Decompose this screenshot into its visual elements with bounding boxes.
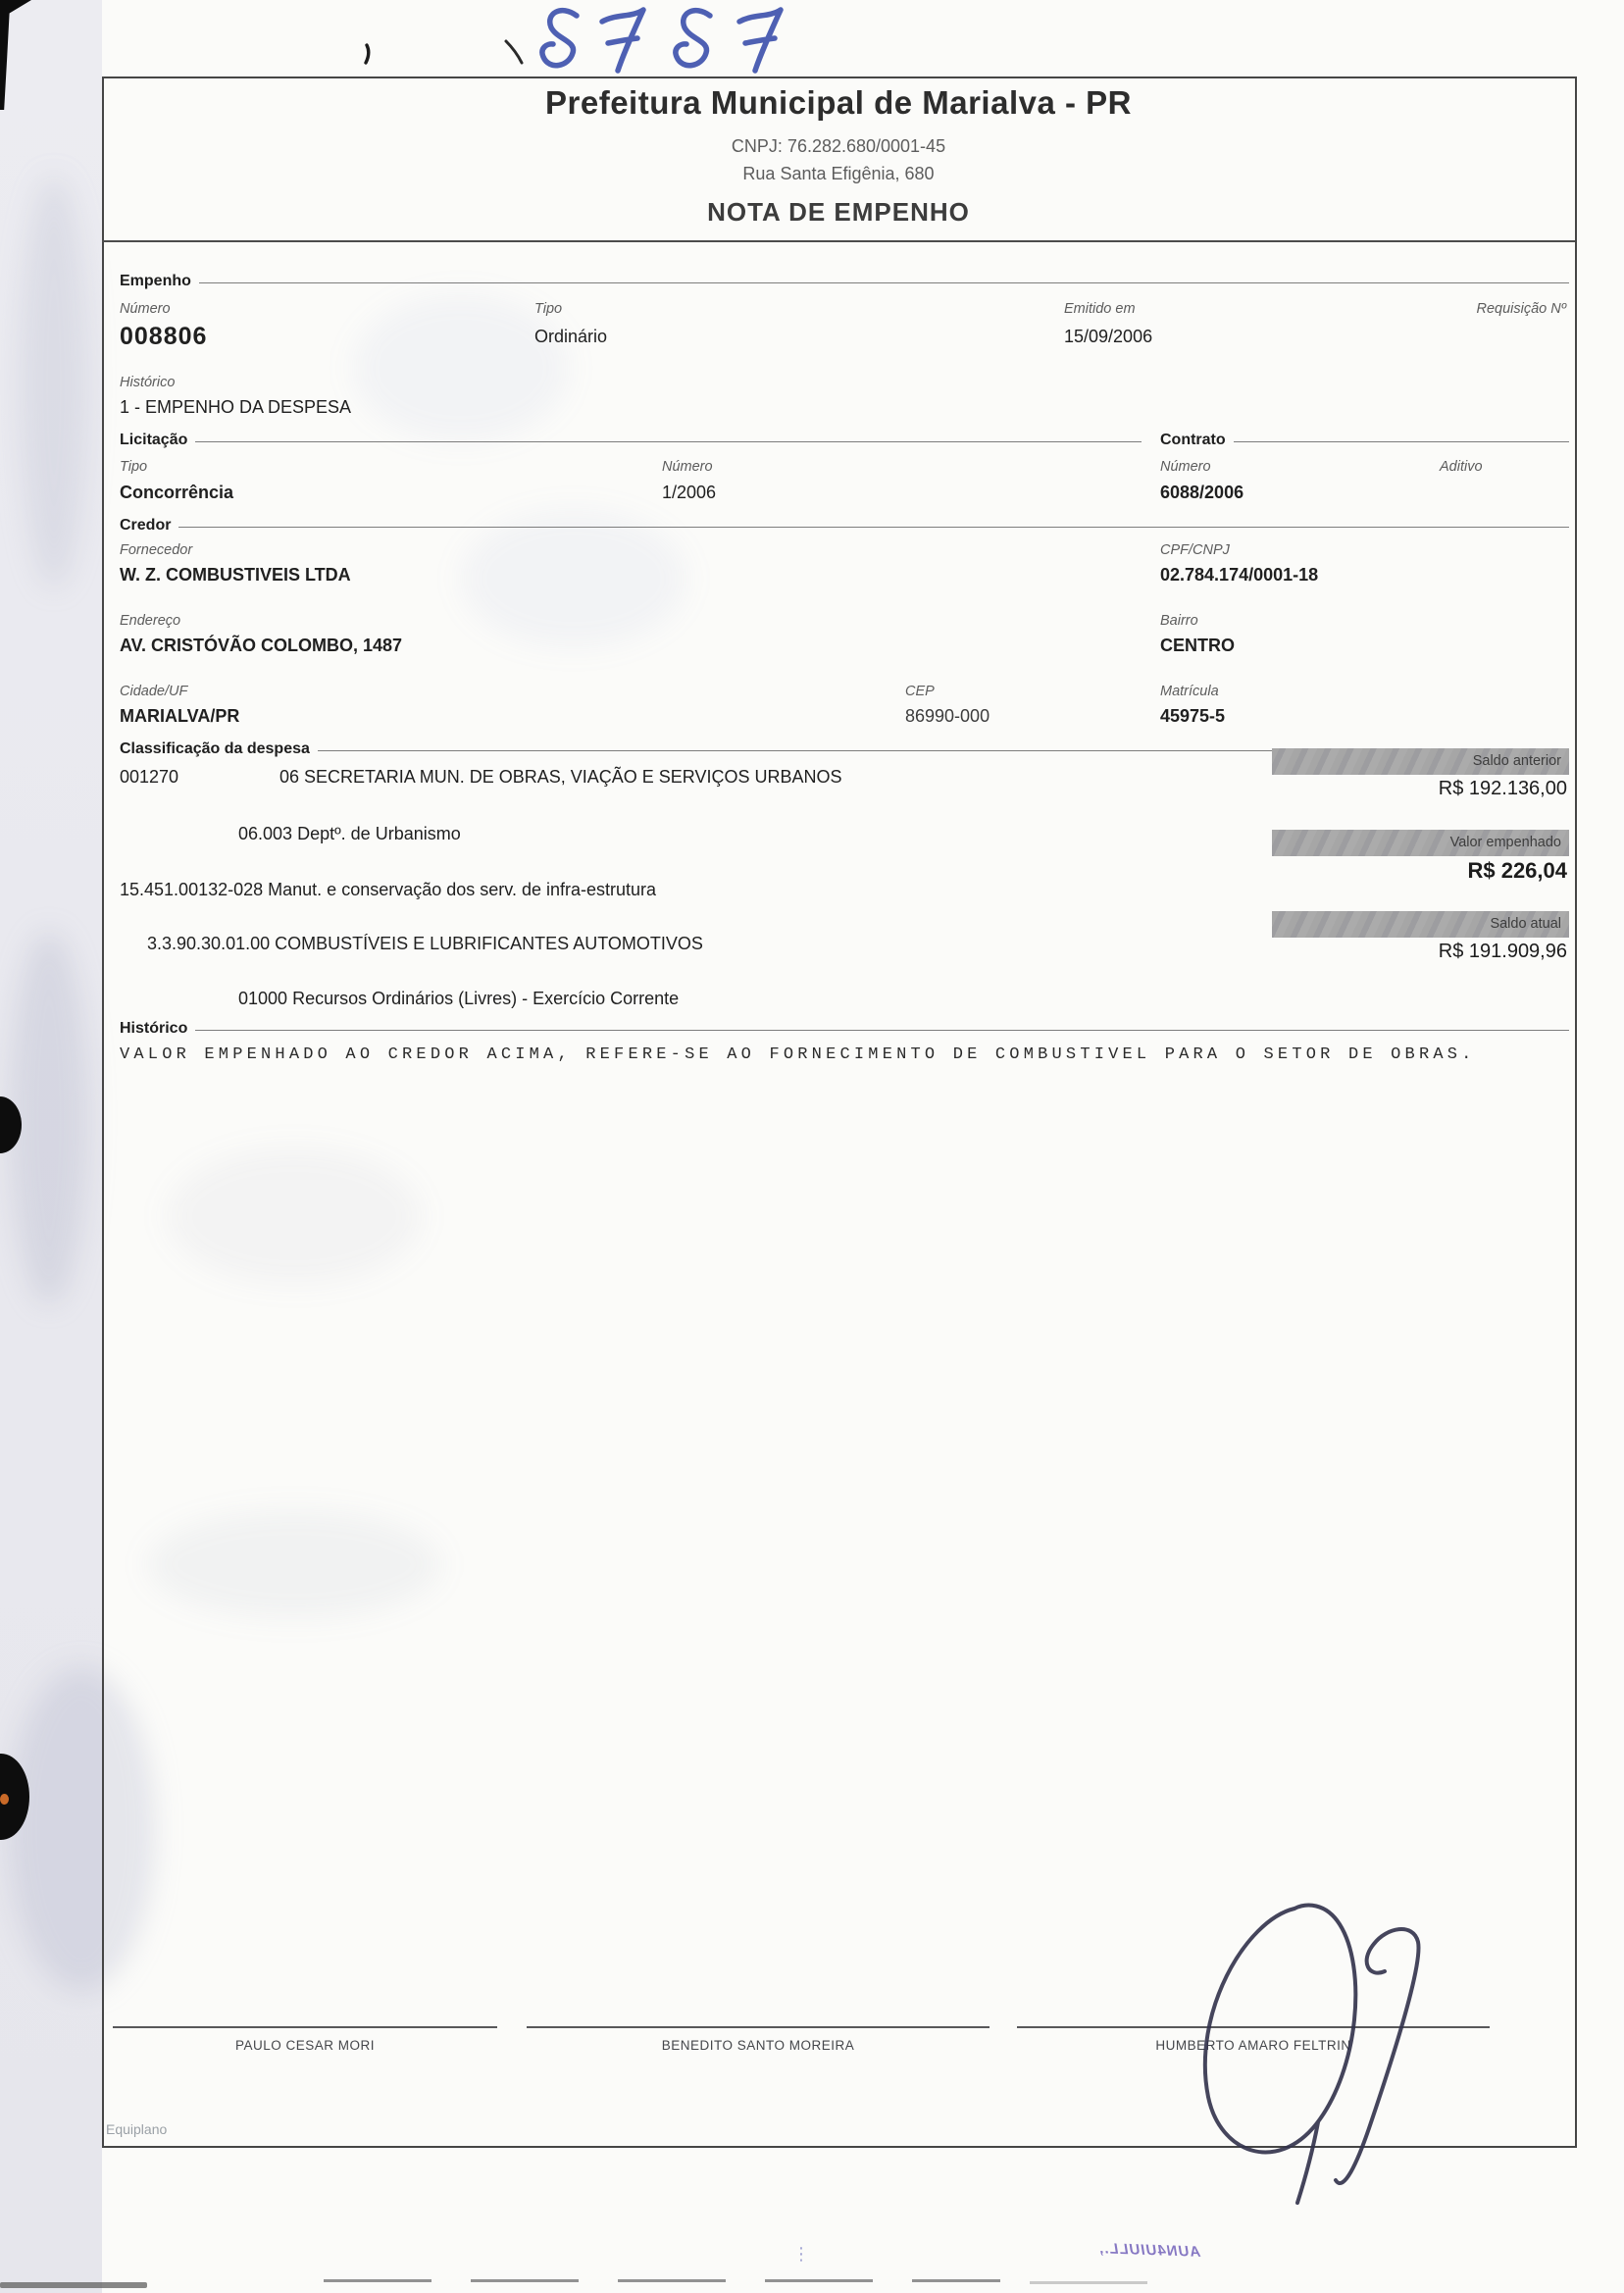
classificacao-code: 3.3.90.30.01.00 — [147, 934, 270, 953]
credor-endereco-label: Endereço — [120, 613, 180, 629]
licitacao-numero-label: Número — [662, 459, 713, 475]
saldo-anterior-value: R$ 192.136,00 — [1272, 778, 1569, 800]
empenho-numero-label: Número — [120, 301, 171, 317]
section-historico: Histórico — [120, 1020, 1569, 1038]
licitacao-tipo-value: Concorrência — [120, 483, 233, 503]
contrato-numero-label: Número — [1160, 459, 1211, 475]
credor-cidade-label: Cidade/UF — [120, 684, 187, 699]
classificacao-line: 01000 Recursos Ordinários (Livres) - Exe… — [238, 989, 679, 1009]
classificacao-desc: 06 SECRETARIA MUN. DE OBRAS, VIAÇÃO E SE… — [279, 767, 841, 788]
credor-matricula-label: Matrícula — [1160, 684, 1219, 699]
empenho-emitido-value: 15/09/2006 — [1064, 327, 1152, 347]
classificacao-desc: Deptº. de Urbanismo — [297, 824, 461, 843]
classificacao-desc: COMBUSTÍVEIS E LUBRIFICANTES AUTOMOTIVOS — [275, 934, 703, 953]
handwritten-page-number — [537, 2, 822, 76]
classificacao-line: 3.3.90.30.01.00 COMBUSTÍVEIS E LUBRIFICA… — [147, 934, 703, 954]
credor-matricula-value: 45975-5 — [1160, 706, 1225, 727]
empenho-numero-value: 008806 — [120, 323, 207, 351]
signature-line — [113, 2026, 497, 2028]
section-licitacao: Licitação — [120, 432, 1142, 449]
credor-bairro-label: Bairro — [1160, 613, 1198, 629]
classificacao-code: 01000 — [238, 989, 287, 1008]
empenho-tipo-label: Tipo — [534, 301, 562, 317]
document-frame — [102, 76, 1577, 2148]
section-credor-label: Credor — [120, 517, 171, 535]
section-classificacao-label: Classificação da despesa — [120, 740, 310, 758]
classificacao-line: 06.003 Deptº. de Urbanismo — [238, 824, 461, 844]
credor-fornecedor-label: Fornecedor — [120, 542, 192, 558]
signature-scribble — [1138, 1881, 1471, 2205]
scan-edge-artifact — [324, 2279, 1000, 2282]
classificacao-code: 001270 — [120, 767, 178, 787]
credor-endereco-value: AV. CRISTÓVÃO COLOMBO, 1487 — [120, 636, 402, 656]
section-credor: Credor — [120, 517, 1569, 535]
signature-name: PAULO CESAR MORI — [113, 2038, 497, 2053]
empenho-historico-value: 1 - EMPENHO DA DESPESA — [120, 397, 351, 418]
empenho-requisicao-label: Requisição Nº — [1476, 301, 1566, 317]
section-empenho: Empenho — [120, 273, 1569, 290]
ink-dots-mark: ⋮ — [792, 2244, 810, 2265]
contrato-aditivo-label: Aditivo — [1440, 459, 1483, 475]
signature-line — [527, 2026, 990, 2028]
header-address: Rua Santa Efigênia, 680 — [102, 164, 1575, 184]
header-divider — [102, 240, 1575, 242]
valor-empenhado-value: R$ 226,04 — [1272, 858, 1569, 884]
document-type-title: NOTA DE EMPENHO — [102, 197, 1575, 228]
licitacao-tipo-label: Tipo — [120, 459, 147, 475]
section-rule — [195, 441, 1142, 442]
classificacao-desc: Manut. e conservação dos serv. de infra-… — [268, 880, 656, 899]
classificacao-line: 15.451.00132-028 Manut. e conservação do… — [120, 880, 656, 900]
saldo-anterior-bar: Saldo anterior — [1272, 748, 1569, 775]
classificacao-desc: Recursos Ordinários (Livres) - Exercício… — [292, 989, 679, 1008]
section-rule — [199, 282, 1569, 283]
historico-body-text: VALOR EMPENHADO AO CREDOR ACIMA, REFERE-… — [120, 1045, 1476, 1064]
section-contrato: Contrato — [1160, 432, 1569, 449]
header-cnpj: CNPJ: 76.282.680/0001-45 — [102, 136, 1575, 157]
section-licitacao-label: Licitação — [120, 432, 187, 449]
empenho-historico-label: Histórico — [120, 375, 175, 390]
signature-name: BENEDITO SANTO MOREIRA — [527, 2038, 990, 2053]
scan-edge-artifact — [0, 2282, 147, 2288]
section-contrato-label: Contrato — [1160, 432, 1226, 449]
footer-vendor-label: Equiplano — [106, 2121, 167, 2137]
classificacao-code: 06.003 — [238, 824, 292, 843]
scan-edge-artifact — [1030, 2281, 1147, 2284]
classificacao-line: 001270 06 SECRETARIA MUN. DE OBRAS, VIAÇ… — [120, 767, 178, 788]
credor-cpfcnpj-value: 02.784.174/0001-18 — [1160, 565, 1318, 586]
section-rule — [178, 527, 1569, 528]
licitacao-numero-value: 1/2006 — [662, 483, 716, 503]
saldo-atual-bar: Saldo atual — [1272, 911, 1569, 938]
credor-cidade-value: MARIALVA/PR — [120, 706, 239, 727]
hole-punch-glint — [0, 1794, 9, 1805]
credor-cep-value: 86990-000 — [905, 706, 990, 727]
section-rule — [195, 1030, 1569, 1031]
scan-left-margin — [0, 0, 102, 2293]
section-rule — [1234, 441, 1569, 442]
scanned-document-page: Prefeitura Municipal de Marialva - PR CN… — [0, 0, 1624, 2293]
credor-bairro-value: CENTRO — [1160, 636, 1235, 656]
pen-tick-mark — [502, 37, 532, 67]
empenho-emitido-label: Emitido em — [1064, 301, 1136, 317]
saldo-atual-value: R$ 191.909,96 — [1272, 941, 1569, 963]
ink-bleed-mark: AUN4UIULL., — [1098, 2240, 1201, 2261]
contrato-numero-value: 6088/2006 — [1160, 483, 1243, 503]
pen-tick-mark — [361, 43, 386, 69]
section-empenho-label: Empenho — [120, 273, 191, 290]
section-historico-label: Histórico — [120, 1020, 187, 1038]
credor-cep-label: CEP — [905, 684, 935, 699]
classificacao-code: 15.451.00132-028 — [120, 880, 263, 899]
header-title: Prefeitura Municipal de Marialva - PR — [102, 84, 1575, 122]
credor-cpfcnpj-label: CPF/CNPJ — [1160, 542, 1230, 558]
valor-empenhado-bar: Valor empenhado — [1272, 830, 1569, 856]
credor-fornecedor-value: W. Z. COMBUSTIVEIS LTDA — [120, 565, 351, 586]
empenho-tipo-value: Ordinário — [534, 327, 607, 347]
